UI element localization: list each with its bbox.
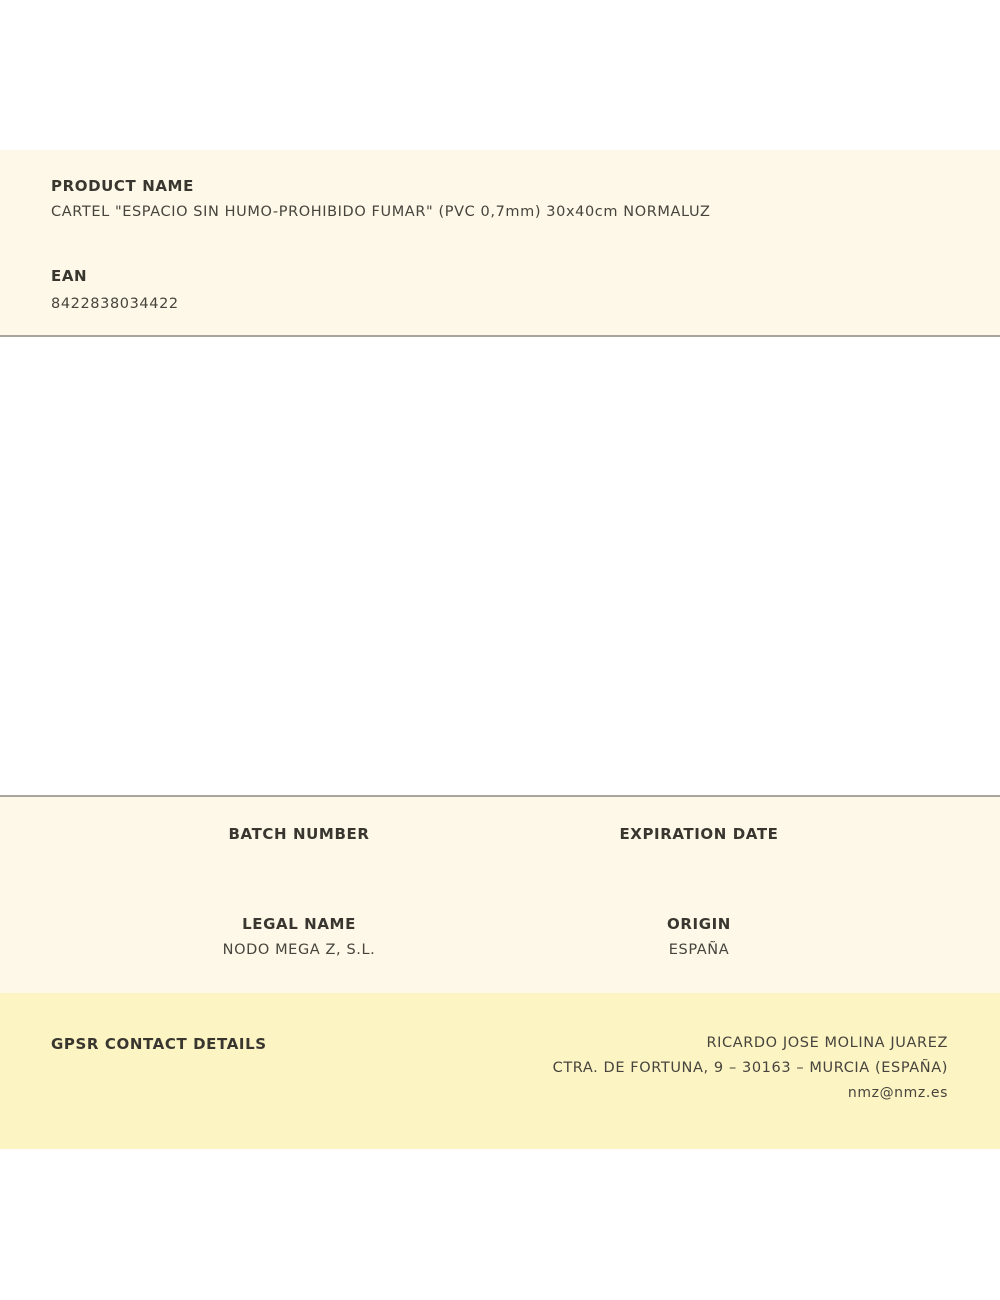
legal-name-label: LEGAL NAME xyxy=(99,915,499,933)
batch-number-label: BATCH NUMBER xyxy=(99,825,499,843)
legal-name-value: NODO MEGA Z, S.L. xyxy=(99,942,499,958)
expiration-date-label: EXPIRATION DATE xyxy=(499,825,899,843)
legal-name-cell: LEGAL NAME NODO MEGA Z, S.L. xyxy=(99,915,499,958)
ean-label: EAN xyxy=(51,267,87,285)
product-info-section: PRODUCT NAME CARTEL "ESPACIO SIN HUMO-PR… xyxy=(0,150,1000,337)
product-details-section: BATCH NUMBER EXPIRATION DATE LEGAL NAME … xyxy=(0,795,1000,995)
ean-value: 8422838034422 xyxy=(51,296,179,312)
gpsr-contact-section: GPSR CONTACT DETAILS RICARDO JOSE MOLINA… xyxy=(0,993,1000,1149)
origin-cell: ORIGIN ESPAÑA xyxy=(499,915,899,958)
product-name-label: PRODUCT NAME xyxy=(51,177,194,195)
gpsr-contact-block: RICARDO JOSE MOLINA JUAREZ CTRA. DE FORT… xyxy=(553,1035,948,1110)
gpsr-contact-label: GPSR CONTACT DETAILS xyxy=(51,1035,267,1053)
product-name-value: CARTEL "ESPACIO SIN HUMO-PROHIBIDO FUMAR… xyxy=(51,204,711,220)
batch-number-cell: BATCH NUMBER xyxy=(99,825,499,852)
origin-label: ORIGIN xyxy=(499,915,899,933)
contact-name: RICARDO JOSE MOLINA JUAREZ xyxy=(553,1035,948,1051)
expiration-date-cell: EXPIRATION DATE xyxy=(499,825,899,852)
contact-address: CTRA. DE FORTUNA, 9 – 30163 – MURCIA (ES… xyxy=(553,1060,948,1076)
contact-email: nmz@nmz.es xyxy=(553,1085,948,1101)
origin-value: ESPAÑA xyxy=(499,942,899,958)
